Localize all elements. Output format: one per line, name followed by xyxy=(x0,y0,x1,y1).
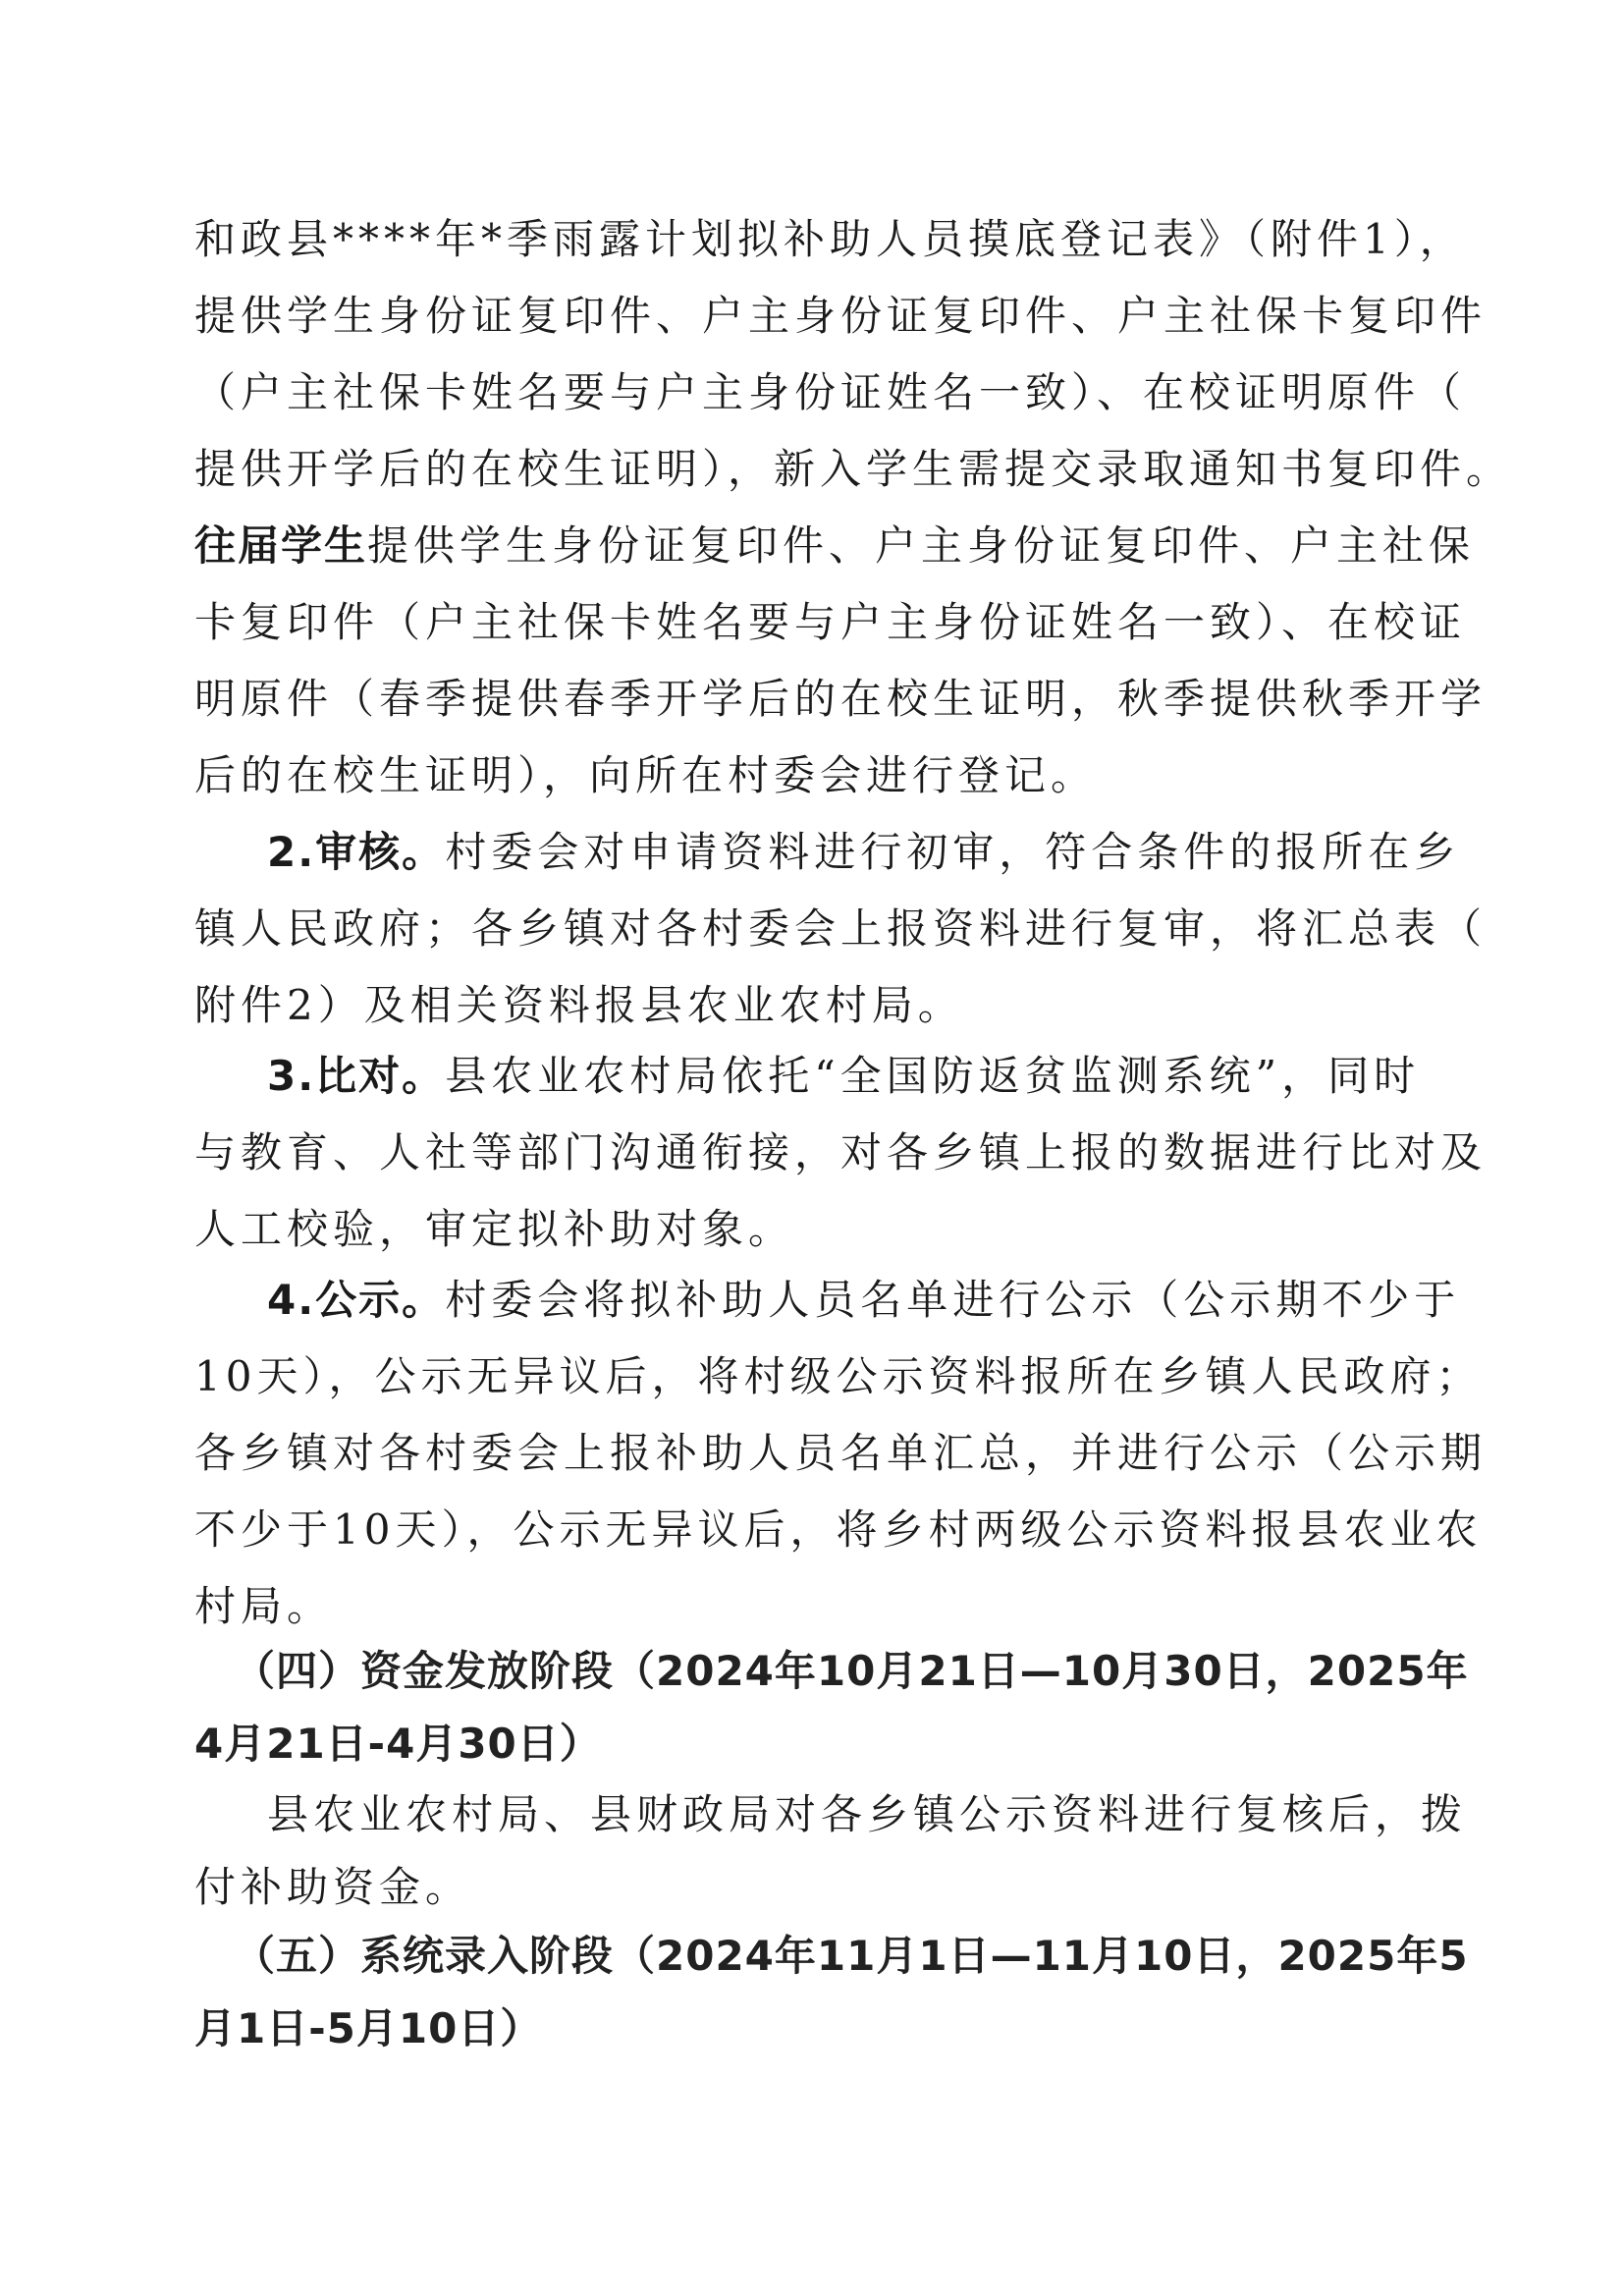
section-heading-continued: 4月21日-4月30日） xyxy=(194,1719,1461,1770)
returning-students-label: 往届学生 xyxy=(194,521,367,570)
step-compare-label: 3.比对。 xyxy=(267,1052,445,1100)
paragraph-line: 人工校验，审定拟补助对象。 xyxy=(194,1204,1461,1255)
document-page: 和政县****年*季雨露计划拟补助人员摸底登记表》（附件1）， 提供学生身份证复… xyxy=(0,0,1623,2296)
step-review-label: 2.审核。 xyxy=(267,828,445,876)
paragraph-line: 10天），公示无异议后，将村级公示资料报所在乡镇人民政府； xyxy=(194,1351,1461,1402)
section-heading-fund-disbursement: （四）资金发放阶段（2024年10月21日—10月30日，2025年 xyxy=(234,1646,1461,1697)
paragraph-line: 提供开学后的在校生证明），新入学生需提交录取通知书复印件。 xyxy=(194,444,1461,495)
section-heading-system-entry: （五）系统录入阶段（2024年11月1日—11月10日，2025年5 xyxy=(234,1931,1461,1982)
paragraph-line: 和政县****年*季雨露计划拟补助人员摸底登记表》（附件1）， xyxy=(194,214,1461,265)
step-publicize-label: 4.公示。 xyxy=(267,1276,445,1324)
paragraph-line: 与教育、人社等部门沟通衔接，对各乡镇上报的数据进行比对及 xyxy=(194,1127,1461,1178)
paragraph-line: 卡复印件（户主社保卡姓名要与户主身份证姓名一致）、在校证 xyxy=(194,597,1461,648)
paragraph-line: 付补助资金。 xyxy=(194,1862,1461,1913)
paragraph-line: 镇人民政府；各乡镇对各村委会上报资料进行复审，将汇总表（ xyxy=(194,903,1461,955)
section-heading-continued: 月1日-5月10日） xyxy=(194,2003,1461,2054)
paragraph-line: 各乡镇对各村委会上报补助人员名单汇总，并进行公示（公示期 xyxy=(194,1428,1461,1479)
paragraph-line: 提供学生身份证复印件、户主身份证复印件、户主社保卡复印件 xyxy=(194,291,1461,342)
step-review-line: 2.审核。村委会对申请资料进行初审，符合条件的报所在乡 xyxy=(267,827,1461,878)
paragraph-line: 后的在校生证明），向所在村委会进行登记。 xyxy=(194,750,1461,801)
paragraph-line: 明原件（春季提供春季开学后的在校生证明，秋季提供秋季开学 xyxy=(194,674,1461,725)
paragraph-line: （户主社保卡姓名要与户主身份证姓名一致）、在校证明原件（ xyxy=(194,367,1461,418)
step-publicize-line: 4.公示。村委会将拟补助人员名单进行公示（公示期不少于 xyxy=(267,1275,1461,1326)
paragraph-line: 附件2）及相关资料报县农业农村局。 xyxy=(194,980,1461,1031)
step-compare-line: 3.比对。县农业农村局依托“全国防返贫监测系统”，同时 xyxy=(267,1051,1461,1102)
paragraph-line: 村局。 xyxy=(194,1581,1461,1632)
paragraph-line: 不少于10天），公示无异议后，将乡村两级公示资料报县农业农 xyxy=(194,1504,1461,1556)
paragraph-line: 县农业农村局、县财政局对各乡镇公示资料进行复核后，拨 xyxy=(267,1789,1461,1840)
returning-students-line: 往届学生提供学生身份证复印件、户主身份证复印件、户主社保 xyxy=(194,520,1461,572)
